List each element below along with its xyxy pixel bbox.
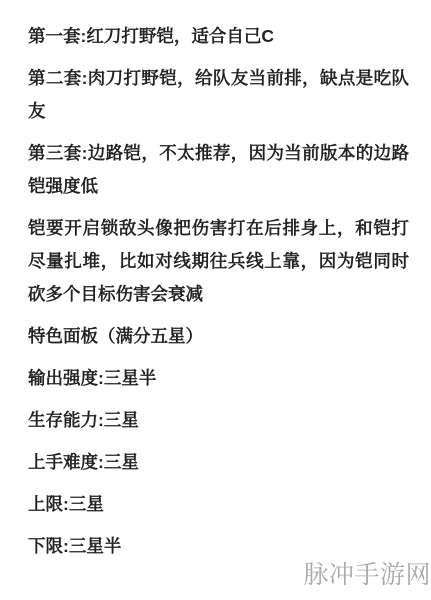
heading-feature-panel: 特色面板（满分五星） [28, 320, 409, 353]
paragraph-gameplay-tip: 铠要开启锁敌头像把伤害打在后排身上，和铠打尽量扎堆，比如对线期往兵线上靠，因为铠… [28, 212, 409, 311]
stat-upper-limit: 上限:三星 [28, 488, 409, 521]
stat-learning-difficulty: 上手难度:三星 [28, 446, 409, 479]
paragraph-build-set-1: 第一套:红刀打野铠，适合自己C [28, 20, 409, 53]
paragraph-build-set-2: 第二套:肉刀打野铠，给队友当前排，缺点是吃队友 [28, 62, 409, 128]
article-body: 第一套:红刀打野铠，适合自己C 第二套:肉刀打野铠，给队友当前排，缺点是吃队友 … [28, 20, 409, 572]
stat-output-strength: 输出强度:三星半 [28, 362, 409, 395]
article-page: 第一套:红刀打野铠，适合自己C 第二套:肉刀打野铠，给队友当前排，缺点是吃队友 … [0, 0, 431, 600]
site-watermark: 脉冲手游网 [303, 555, 431, 591]
paragraph-build-set-3: 第三套:边路铠，不太推荐，因为当前版本的边路铠强度低 [28, 137, 409, 203]
stat-survivability: 生存能力:三星 [28, 404, 409, 437]
